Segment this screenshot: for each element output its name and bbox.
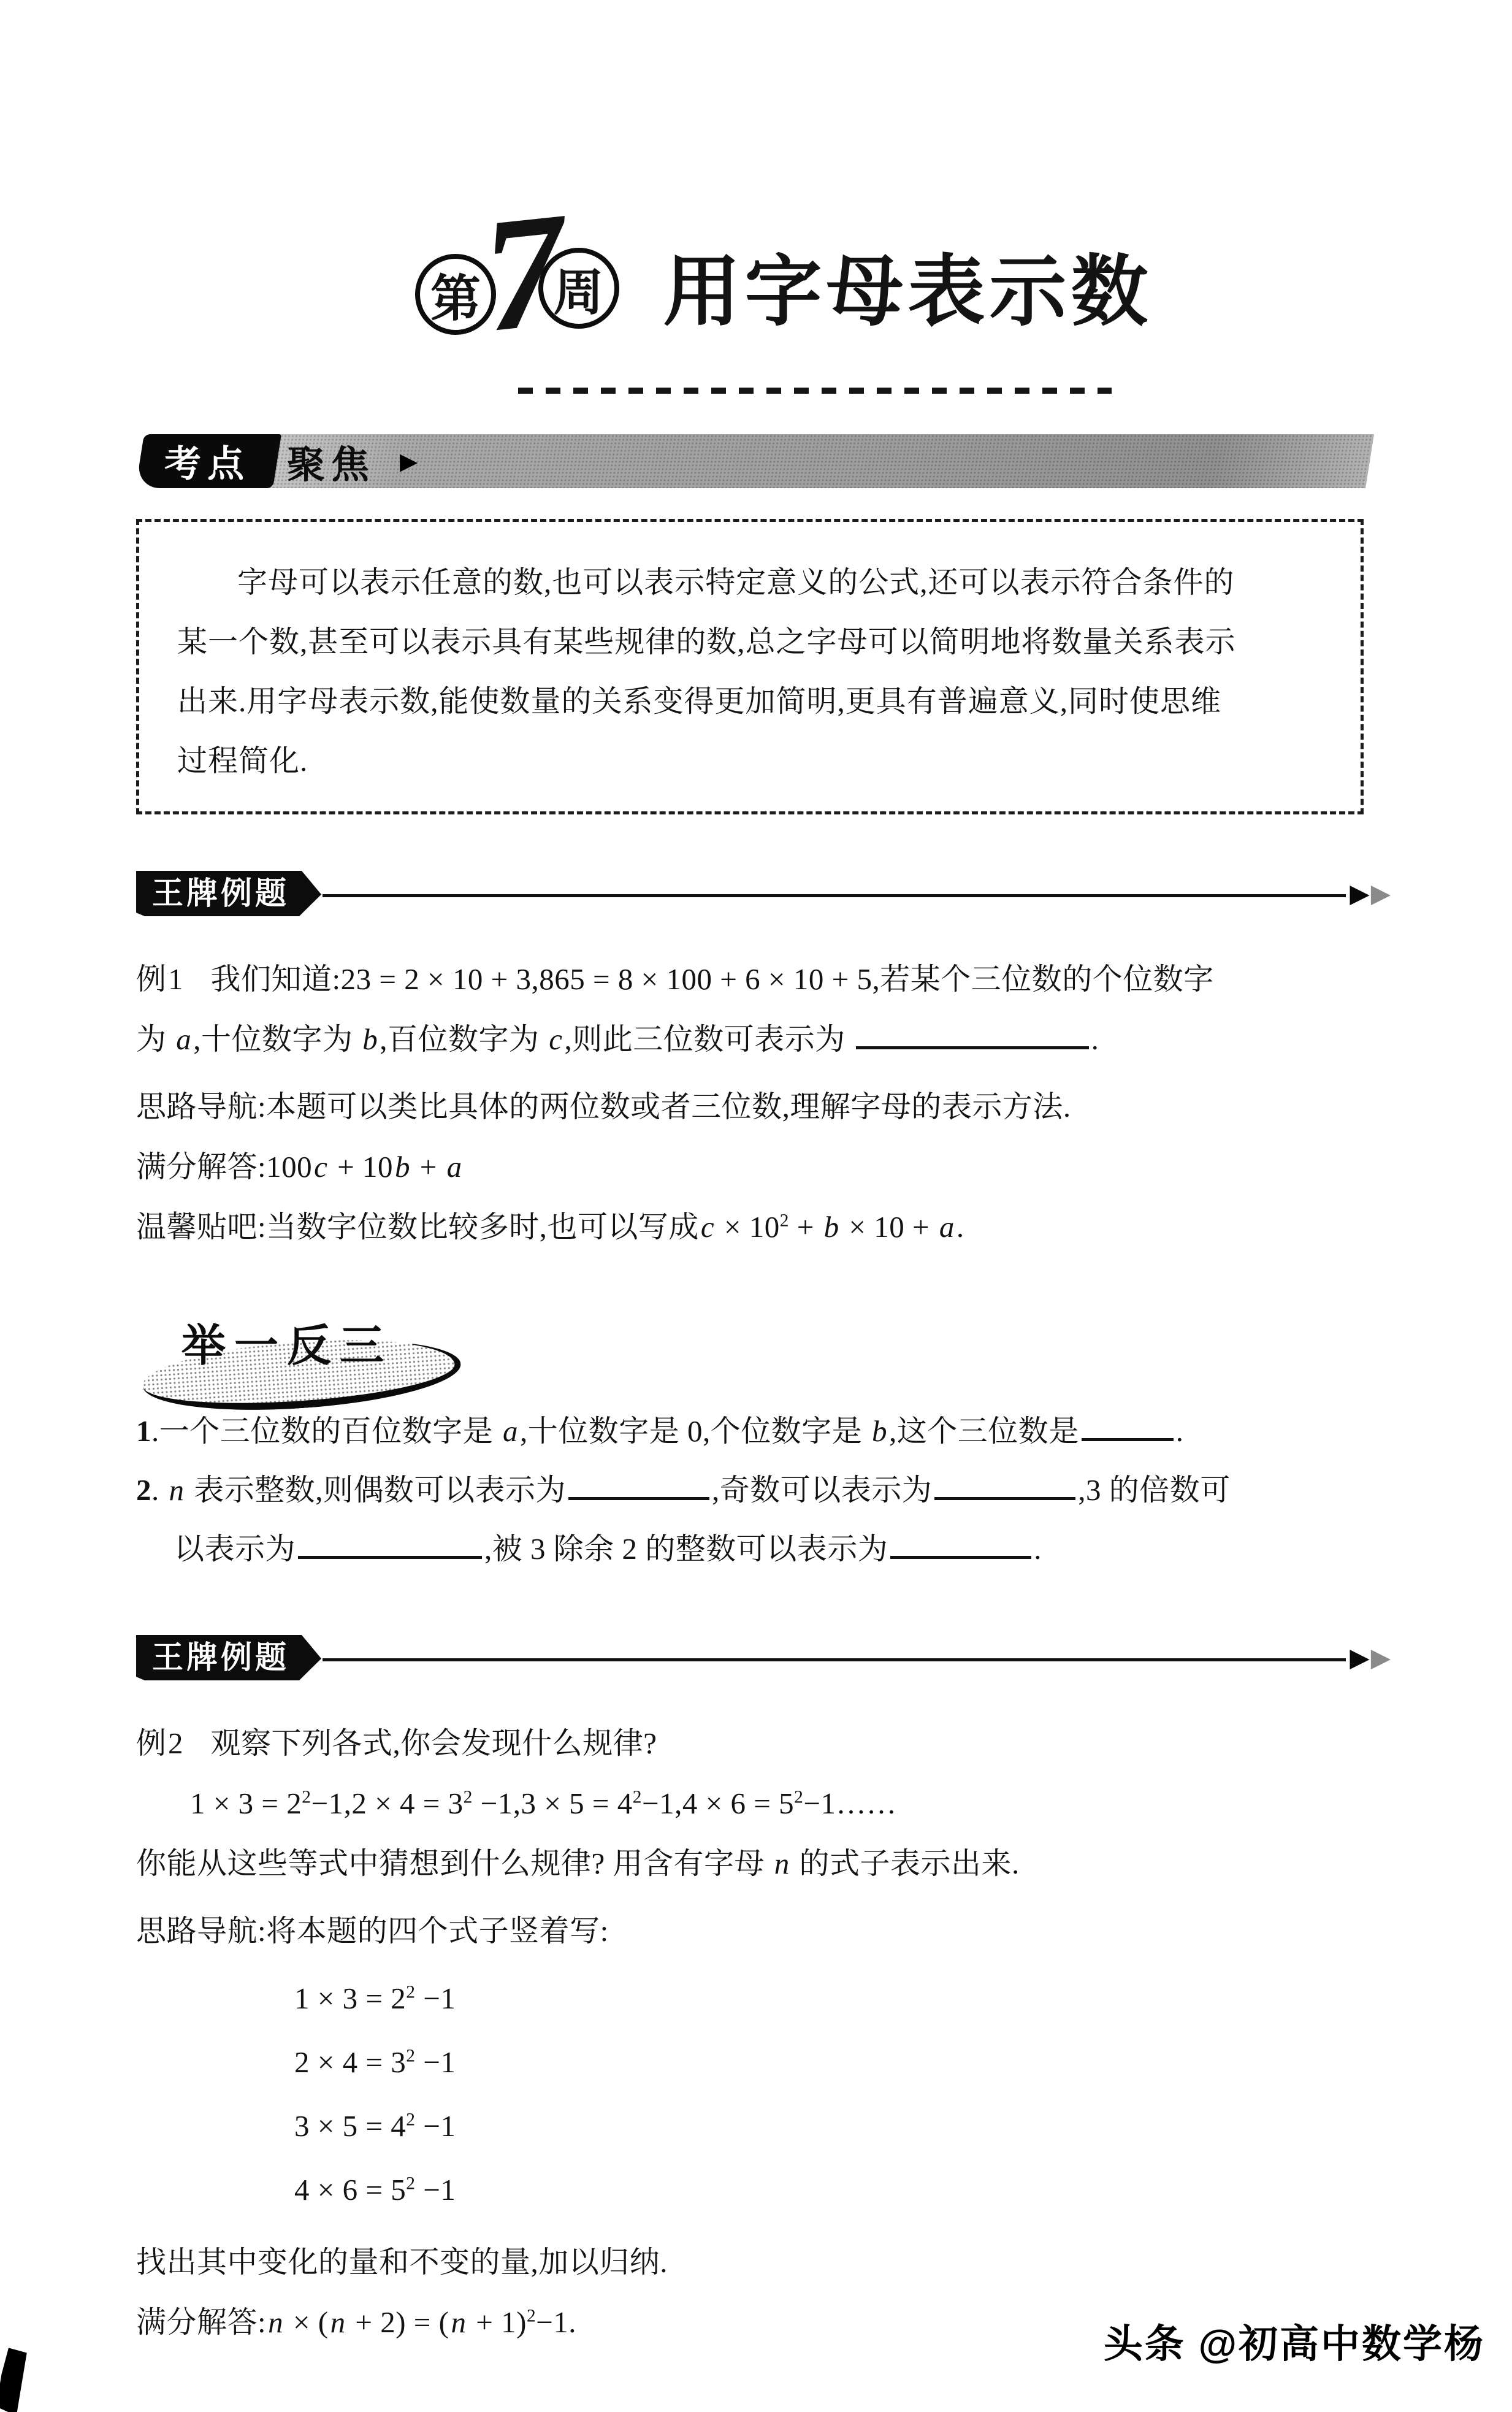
- practice-item-2-line-2: 以表示为,被 3 除余 2 的整数可以表示为.: [136, 1520, 1404, 1579]
- text-segment: b: [393, 1150, 412, 1184]
- text-segment: 为: [136, 1022, 174, 1056]
- focus-bar-title: 聚焦: [287, 434, 375, 489]
- text-segment: −1.: [536, 2305, 576, 2339]
- text-segment: 你能从这些等式中猜想到什么规律? 用含有字母: [136, 1847, 773, 1880]
- fill-in-blank: [934, 1471, 1075, 1500]
- worksheet-page: 第 7 周 用字母表示数 考点 聚焦 ▶ 字: [0, 0, 1512, 2412]
- focus-tab-black: 考点: [136, 434, 281, 488]
- example-banner-2: 王牌例题 ▶ ▶: [136, 1635, 1391, 1680]
- text-segment: 满分解答:100: [136, 1150, 312, 1184]
- text-segment: + 2) = (: [348, 2305, 449, 2339]
- practice-item-2-line-1: 2. n 表示整数,则偶数可以表示为,奇数可以表示为,3 的倍数可: [136, 1461, 1404, 1520]
- text-segment: +: [789, 1210, 822, 1244]
- text-segment: .: [1091, 1022, 1099, 1056]
- arrow-icon: ▶: [1350, 881, 1369, 906]
- focus-tab-label: 考点: [164, 435, 250, 488]
- text-segment: ,被 3 除余 2 的整数可以表示为: [484, 1532, 888, 1566]
- text-segment: × (: [285, 2305, 328, 2339]
- page-content: 第 7 周 用字母表示数 考点 聚焦 ▶ 字: [0, 0, 1512, 2353]
- text-segment: 例2: [136, 1726, 185, 1760]
- text-segment: 观察下列各式,你会发现什么规律?: [211, 1726, 657, 1760]
- text-segment: 2: [406, 2110, 415, 2130]
- example-2-equation-row: 1 × 3 = 22−1,2 × 4 = 32 −1,3 × 5 = 42−1,…: [190, 1774, 1404, 1834]
- text-segment: 我们知道:23 = 2 × 10 + 3,865 = 8 × 100 + 6 ×…: [211, 962, 1214, 996]
- focus-text-line: 字母可以表示任意的数,也可以表示特定意义的公式,还可以表示符合条件的: [177, 553, 1326, 612]
- text-segment: 的式子表示出来.: [792, 1847, 1020, 1880]
- banner-line: [323, 894, 1346, 897]
- example-1-line-1: 例1我们知道:23 = 2 × 10 + 3,865 = 8 × 100 + 6…: [136, 949, 1404, 1009]
- text-segment: ,3 的倍数可: [1078, 1473, 1231, 1507]
- text-segment: 满分解答:: [136, 2305, 266, 2339]
- text-segment: 2: [527, 2307, 536, 2326]
- text-segment: n: [773, 1847, 792, 1880]
- text-segment: × 10 +: [841, 1210, 937, 1244]
- text-segment: 2: [136, 1473, 151, 1507]
- text-segment: + 10: [329, 1150, 393, 1184]
- text-segment: a: [445, 1150, 464, 1184]
- practice-header: 举一反三: [142, 1310, 486, 1402]
- example-2-question: 你能从这些等式中猜想到什么规律? 用含有字母 n 的式子表示出来.: [136, 1834, 1404, 1894]
- example-1-navigation: 思路导航:本题可以类比具体的两位数或者三位数,理解字母的表示方法.: [136, 1077, 1404, 1137]
- focus-section: 考点 聚焦 ▶ 字母可以表示任意的数,也可以表示特定意义的公式,还可以表示符合条…: [136, 434, 1404, 814]
- text-segment: ,则此三位数可表示为: [565, 1022, 853, 1056]
- practice-section: 1.一个三位数的百位数字是 a,十位数字是 0,个位数字是 b,这个三位数是. …: [136, 1402, 1404, 1579]
- right-triangle-icon: ▶: [400, 448, 418, 475]
- text-segment: 找出其中变化的量和不变的量,加以归纳.: [136, 2245, 668, 2279]
- text-segment: ,奇数可以表示为: [712, 1473, 932, 1507]
- example-banner-1: 王牌例题 ▶ ▶: [136, 871, 1391, 916]
- practice-item-1: 1.一个三位数的百位数字是 a,十位数字是 0,个位数字是 b,这个三位数是.: [136, 1402, 1404, 1461]
- text-segment: +: [412, 1150, 445, 1184]
- text-segment: ,十位数字为: [193, 1022, 361, 1056]
- banner-label: 王牌例题: [136, 1635, 321, 1680]
- text-segment: 2: [406, 2046, 415, 2066]
- text-segment: 2: [794, 1788, 803, 1807]
- text-segment: .: [956, 1210, 964, 1244]
- text-segment: 表示整数,则偶数可以表示为: [186, 1473, 567, 1507]
- page-header: 第 7 周 用字母表示数: [415, 202, 1153, 399]
- text-segment: −1: [415, 2045, 456, 2079]
- example-1-tip: 温馨贴吧:当数字位数比较多时,也可以写成c × 102 + b × 10 + a…: [136, 1197, 1404, 1257]
- title-row: 第 7 周 用字母表示数: [415, 202, 1153, 368]
- stacked-equations: 1 × 3 = 22 −1 2 × 4 = 32 −1 3 × 5 = 42 −…: [294, 1972, 1404, 2216]
- text-segment: a: [501, 1414, 520, 1448]
- text-segment: 4 × 6 = 5: [294, 2173, 406, 2207]
- text-segment: 2: [464, 1788, 473, 1807]
- banner-line: [323, 1658, 1346, 1661]
- text-segment: 2: [780, 1211, 789, 1231]
- fill-in-blank: [1082, 1412, 1174, 1441]
- focus-gray-bar: 聚焦 ▶: [264, 434, 1374, 488]
- text-segment: c: [699, 1210, 716, 1244]
- page-title: 用字母表示数: [663, 230, 1153, 341]
- stacked-equation: 3 × 5 = 42 −1: [294, 2100, 1404, 2153]
- stacked-equation: 2 × 4 = 32 −1: [294, 2036, 1404, 2089]
- text-segment: 思路导航:本题可以类比具体的两位数或者三位数,理解字母的表示方法.: [136, 1090, 1071, 1124]
- page-corner-ink-mark: [0, 2348, 35, 2412]
- text-segment: n: [167, 1473, 186, 1507]
- text-segment: c: [312, 1150, 329, 1184]
- text-segment: .一个三位数的百位数字是: [151, 1414, 501, 1448]
- stacked-equation: 1 × 3 = 22 −1: [294, 1972, 1404, 2025]
- text-segment: .: [1034, 1532, 1042, 1566]
- text-segment: + 1): [468, 2305, 526, 2339]
- text-segment: a: [174, 1022, 193, 1056]
- text-segment: 1 × 3 = 2: [190, 1786, 302, 1820]
- text-segment: 3 × 5 = 4: [294, 2109, 406, 2143]
- fill-in-blank: [568, 1471, 709, 1500]
- text-segment: b: [822, 1210, 841, 1244]
- text-segment: a: [937, 1210, 956, 1244]
- example-2-section: 例2观察下列各式,你会发现什么规律? 1 × 3 = 22−1,2 × 4 = …: [136, 1713, 1404, 2353]
- fill-in-blank: [890, 1530, 1031, 1559]
- text-segment: −1,3 × 5 = 4: [473, 1786, 633, 1820]
- example-1-line-2: 为 a,十位数字为 b,百位数字为 c,则此三位数可表示为 .: [136, 1009, 1404, 1070]
- text-segment: −1,4 × 6 = 5: [642, 1786, 794, 1820]
- text-segment: 1: [136, 1414, 151, 1448]
- text-segment: 2: [633, 1788, 642, 1807]
- text-segment: ,十位数字是 0,个位数字是: [520, 1414, 870, 1448]
- fill-in-blank: [856, 1020, 1089, 1049]
- fill-in-blank: [298, 1530, 482, 1559]
- text-segment: −1: [415, 2173, 456, 2207]
- arrow-icon: ▶: [1371, 1645, 1391, 1671]
- text-segment: × 10: [716, 1210, 780, 1244]
- example-2-conclusion: 找出其中变化的量和不变的量,加以归纳.: [136, 2232, 1404, 2292]
- text-segment: −1: [415, 2109, 456, 2143]
- text-segment: 2: [406, 2174, 415, 2194]
- week-prefix: 第: [430, 259, 481, 331]
- text-segment: n: [329, 2305, 348, 2339]
- example-1-section: 例1我们知道:23 = 2 × 10 + 3,865 = 8 × 100 + 6…: [136, 949, 1404, 1257]
- week-number: 7: [478, 208, 571, 338]
- text-segment: n: [449, 2305, 468, 2339]
- example-1-answer: 满分解答:100c + 10b + a: [136, 1137, 1404, 1197]
- text-segment: .: [1176, 1414, 1184, 1448]
- text-segment: b: [870, 1414, 889, 1448]
- text-segment: 2: [302, 1788, 311, 1807]
- focus-text-line: 出来.用字母表示数,能使数量的关系变得更加简明,更具有普遍意义,同时使思维: [177, 672, 1326, 731]
- text-segment: 例1: [136, 962, 185, 996]
- text-segment: 以表示为: [174, 1532, 296, 1566]
- text-segment: b: [361, 1022, 380, 1056]
- example-2-navigation: 思路导航:将本题的四个式子竖着写:: [136, 1901, 1404, 1961]
- text-segment: 1 × 3 = 2: [294, 1981, 406, 2015]
- text-segment: ,这个三位数是: [889, 1414, 1079, 1448]
- text-segment: 温馨贴吧:当数字位数比较多时,也可以写成: [136, 1210, 699, 1244]
- focus-text-line: 某一个数,甚至可以表示具有某些规律的数,总之字母可以简明地将数量关系表示: [177, 612, 1326, 672]
- text-segment: 2: [406, 1983, 415, 2002]
- text-segment: −1……: [803, 1786, 896, 1820]
- watermark: 头条 @初高中数学杨: [1104, 2313, 1485, 2369]
- focus-header-bar: 考点 聚焦 ▶: [136, 434, 1370, 488]
- practice-header-label: 举一反三: [181, 1310, 392, 1374]
- focus-summary-box: 字母可以表示任意的数,也可以表示特定意义的公式,还可以表示符合条件的 某一个数,…: [136, 519, 1364, 814]
- text-segment: n: [266, 2305, 285, 2339]
- text-segment: ,百位数字为: [380, 1022, 547, 1056]
- arrow-icon: ▶: [1350, 1645, 1369, 1671]
- example-2-line-1: 例2观察下列各式,你会发现什么规律?: [136, 1713, 1404, 1774]
- text-segment: .: [151, 1473, 167, 1507]
- banner-label: 王牌例题: [136, 871, 321, 916]
- text-segment: 2 × 4 = 3: [294, 2045, 406, 2079]
- text-segment: 思路导航:将本题的四个式子竖着写:: [136, 1914, 609, 1948]
- text-segment: c: [547, 1022, 564, 1056]
- text-segment: −1: [415, 1981, 456, 2015]
- stacked-equation: 4 × 6 = 52 −1: [294, 2164, 1404, 2216]
- focus-text-line: 过程简化.: [177, 731, 1326, 791]
- title-dashed-underline: [518, 388, 1112, 394]
- text-segment: −1,2 × 4 = 3: [311, 1786, 463, 1820]
- arrow-icon: ▶: [1371, 881, 1391, 906]
